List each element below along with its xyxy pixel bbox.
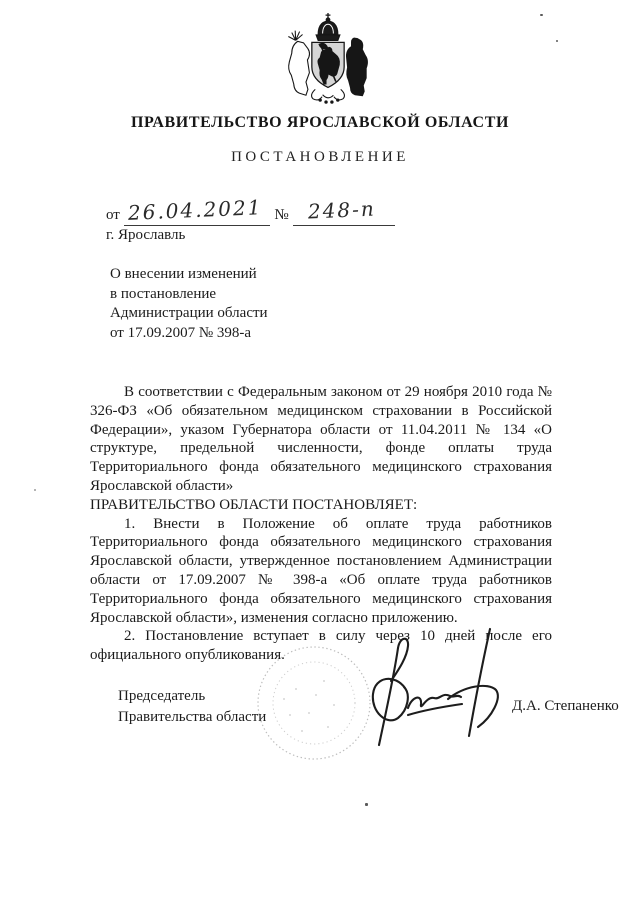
subject-line: Администрации области — [110, 304, 268, 324]
number-handwritten-value: 248-п — [307, 197, 376, 224]
scan-speckle — [540, 14, 543, 16]
yaroslavl-oblast-coat-of-arms-icon — [279, 12, 377, 106]
date-underline: 26.04.2021 — [124, 200, 271, 226]
handwritten-signature — [351, 624, 513, 758]
subject-block: О внесении изменений в постановление Адм… — [110, 265, 268, 343]
signer-position-line: Председатель — [118, 686, 266, 707]
body-item-1: 1. Внести в Положение об оплате труда ра… — [90, 515, 552, 628]
number-underline: 248-п — [293, 200, 395, 226]
preamble-paragraph: В соответствии с Федеральным законом от … — [90, 383, 552, 496]
document-type-title: ПОСТАНОВЛЕНИЕ — [0, 149, 640, 166]
issuing-authority-title: ПРАВИТЕЛЬСТВО ЯРОСЛАВСКОЙ ОБЛАСТИ — [0, 114, 640, 132]
subject-line: в постановление — [110, 285, 268, 305]
subject-line: от 17.09.2007 № 398-а — [110, 324, 268, 344]
date-handwritten-value: 26.04.2021 — [127, 195, 262, 225]
issuance-line: от26.04.2021№248-п — [106, 200, 399, 226]
scan-speckle — [365, 803, 368, 806]
subject-line: О внесении изменений — [110, 265, 268, 285]
date-label: от — [106, 207, 120, 223]
resolution-clause: ПРАВИТЕЛЬСТВО ОБЛАСТИ ПОСТАНОВЛЯЕТ: — [90, 496, 552, 515]
number-label: № — [274, 207, 288, 223]
document-body: В соответствии с Федеральным законом от … — [90, 383, 552, 665]
signer-position-block: Председатель Правительства области — [118, 686, 266, 727]
scan-speckle — [556, 40, 558, 42]
signer-position-line: Правительства области — [118, 707, 266, 728]
signer-name: Д.А. Степаненко — [512, 698, 619, 715]
scanned-document-page: ПРАВИТЕЛЬСТВО ЯРОСЛАВСКОЙ ОБЛАСТИ ПОСТАН… — [0, 0, 640, 905]
scan-speckle — [34, 489, 36, 491]
issuance-city: г. Ярославль — [106, 227, 185, 244]
